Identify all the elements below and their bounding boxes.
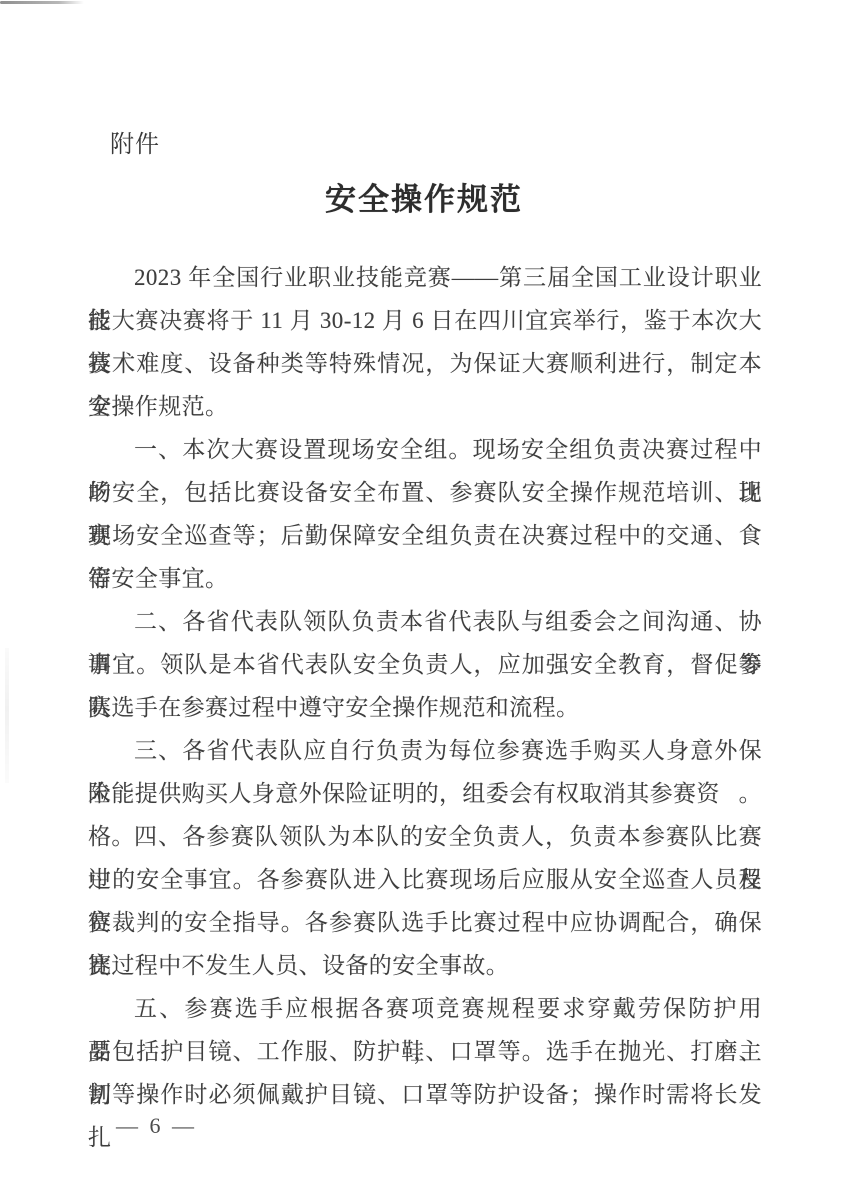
page-title: 安全操作规范 [0,180,848,220]
text-line: 事宜。领队是本省代表队安全负责人，应加强安全教育，督促参赛 [88,643,762,686]
page-number: — 6 — [116,1112,197,1140]
text-line: 四、各参赛队领队为本队的安全负责人，负责本参赛队比赛过程 [88,815,762,858]
text-line: 三、各省代表队应自行负责为每位参赛选手购买人身意外保险。 [88,729,762,772]
text-line: 场安全，包括比赛设备安全布置、参赛队安全操作规范培训、比赛 [88,471,762,514]
scan-artifact-left [5,648,9,783]
text-line: 五、参赛选手应根据各赛项竞赛规程要求穿戴劳保防护用品，主 [88,987,762,1030]
document-page: 附件 安全操作规范 2023 年全国行业职业技能竞赛——第三届全国工业设计职业技… [0,0,848,1200]
text-line: 技术难度、设备种类等特殊情况，为保证大赛顺利进行，制定本安 [88,342,762,385]
text-line: 能大赛决赛将于 11 月 30-12 月 6 日在四川宜宾举行，鉴于本次大赛 [88,299,762,342]
text-line: 等安全事宜。 [88,557,762,600]
text-line: 队选手在参赛过程中遵守安全操作规范和流程。 [88,686,762,729]
text-line: 未能提供购买人身意外保险证明的，组委会有权取消其参赛资格。 [88,772,762,815]
text-line: 一、本次大赛设置现场安全组。现场安全组负责决赛过程中的现 [88,428,762,471]
text-line: 赛过程中不发生人员、设备的安全事故。 [88,944,762,987]
text-line: 要包括护目镜、工作服、防护鞋、口罩等。选手在抛光、打磨、切 [88,1030,762,1073]
text-line: 2023 年全国行业职业技能竞赛——第三届全国工业设计职业技 [88,256,762,299]
attachment-label: 附件 [110,130,160,160]
text-line: 全操作规范。 [88,385,762,428]
text-line: 位裁判的安全指导。各参赛队选手比赛过程中应协调配合，确保比 [88,901,762,944]
text-line: 中的安全事宜。各参赛队进入比赛现场后应服从安全巡查人员及赛 [88,858,762,901]
text-line: 二、各省代表队领队负责本省代表队与组委会之间沟通、协调等 [88,600,762,643]
text-line: 现场安全巡查等；后勤保障安全组负责在决赛过程中的交通、食宿 [88,514,762,557]
scan-artifact-top [0,1,84,4]
document-body: 2023 年全国行业职业技能竞赛——第三届全国工业设计职业技能大赛决赛将于 11… [88,256,762,1116]
text-line: 割等操作时必须佩戴护目镜、口罩等防护设备；操作时需将长发扎 [88,1073,762,1116]
